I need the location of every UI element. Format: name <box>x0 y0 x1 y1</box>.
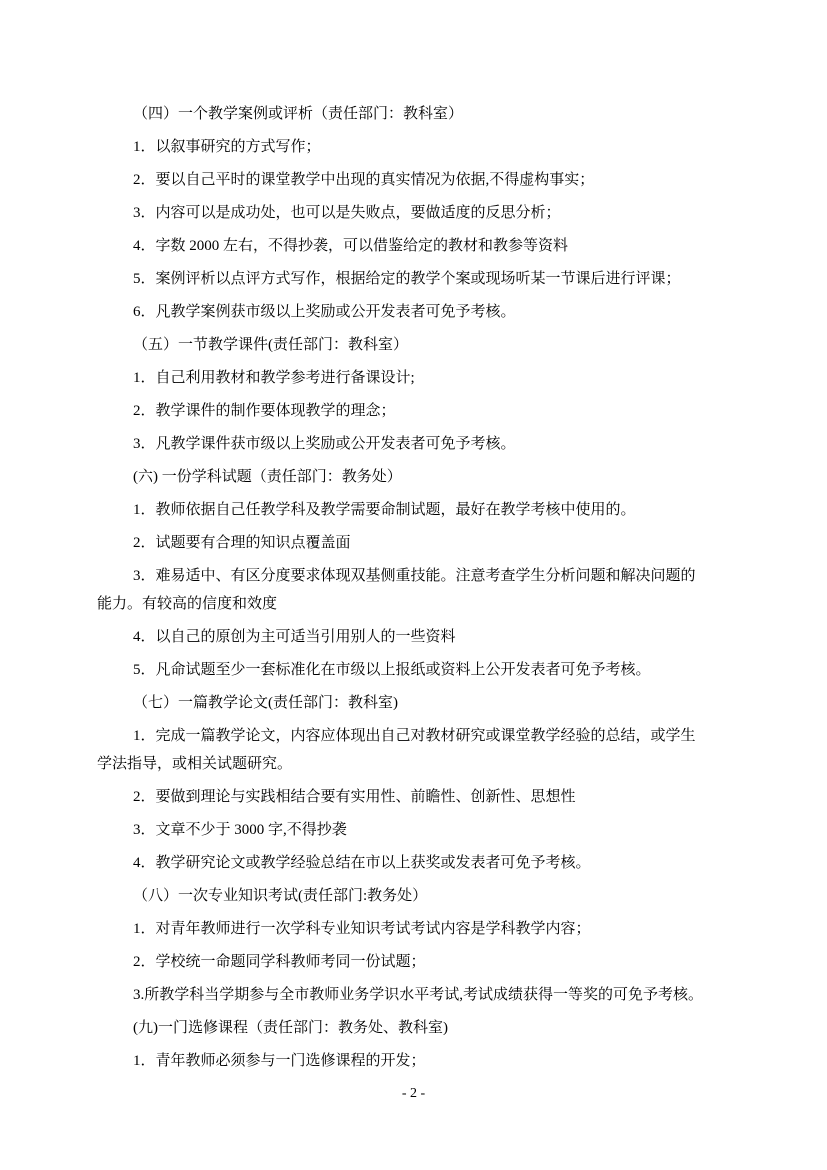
text-line: 1．自己利用教材和教学参考进行备课设计; <box>97 364 731 392</box>
text-line: 1．对青年教师进行一次学科专业知识考试考试内容是学科教学内容； <box>97 915 731 943</box>
text-line: 4．教学研究论文或教学经验总结在市以上获奖或发表者可免予考核。 <box>97 849 731 877</box>
text-line: 5．案例评析以点评方式写作，根据给定的教学个案或现场听某一节课后进行评课； <box>97 265 731 293</box>
text-line: （四）一个教学案例或评析（责任部门：教科室） <box>97 100 731 128</box>
text-line: （八）一次专业知识考试(责任部门:教务处） <box>97 882 731 910</box>
document-page: （四）一个教学案例或评析（责任部门：教科室）1．以叙事研究的方式写作；2．要以自… <box>0 0 827 1170</box>
text-line: 2．试题要有合理的知识点覆盖面 <box>97 529 731 557</box>
text-line: 2．要以自己平时的课堂教学中出现的真实情况为依据,不得虚构事实； <box>97 166 731 194</box>
text-line: 1．教师依据自己任教学科及教学需要命制试题，最好在教学考核中使用的。 <box>97 496 731 524</box>
text-line: 能力。有较高的信度和效度 <box>97 590 731 618</box>
page-footer: - 2 - <box>0 1080 827 1108</box>
text-line: 4．字数 2000 左右，不得抄袭，可以借鉴给定的教材和教参等资料 <box>97 232 731 260</box>
text-line: 2．教学课件的制作要体现教学的理念； <box>97 397 731 425</box>
text-line: 2．要做到理论与实践相结合要有实用性、前瞻性、创新性、思想性 <box>97 783 731 811</box>
text-line: 5．凡命试题至少一套标准化在市级以上报纸或资料上公开发表者可免予考核。 <box>97 656 731 684</box>
text-line: 1．完成一篇教学论文，内容应体现出自己对教材研究或课堂教学经验的总结，或学生 <box>97 722 731 750</box>
text-line: 6．凡教学案例获市级以上奖励或公开发表者可免予考核。 <box>97 298 731 326</box>
document-body: （四）一个教学案例或评析（责任部门：教科室）1．以叙事研究的方式写作；2．要以自… <box>0 0 827 1075</box>
text-line: 4．以自己的原创为主可适当引用别人的一些资料 <box>97 623 731 651</box>
text-line: (九)一门选修课程（责任部门：教务处、教科室) <box>97 1014 731 1042</box>
text-line: （五）一节教学课件(责任部门：教科室） <box>97 331 731 359</box>
text-line: 1．青年教师必须参与一门选修课程的开发； <box>97 1047 731 1075</box>
text-line: 3.所教学科当学期参与全市教师业务学识水平考试,考试成绩获得一等奖的可免予考核。 <box>97 981 731 1009</box>
text-line: 学法指导，或相关试题研究。 <box>97 750 731 778</box>
page-number: - 2 - <box>402 1086 425 1101</box>
text-line: 3．凡教学课件获市级以上奖励或公开发表者可免予考核。 <box>97 430 731 458</box>
text-line: 1．以叙事研究的方式写作； <box>97 133 731 161</box>
text-line: 3．难易适中、有区分度要求体现双基侧重技能。注意考查学生分析问题和解决问题的 <box>97 562 731 590</box>
text-line: 3．文章不少于 3000 字,不得抄袭 <box>97 816 731 844</box>
text-line: (六) 一份学科试题（责任部门：教务处） <box>97 463 731 491</box>
text-line: 3．内容可以是成功处，也可以是失败点，要做适度的反思分析； <box>97 199 731 227</box>
text-line: 2．学校统一命题同学科教师考同一份试题； <box>97 948 731 976</box>
text-line: （七）一篇教学论文(责任部门：教科室) <box>97 689 731 717</box>
